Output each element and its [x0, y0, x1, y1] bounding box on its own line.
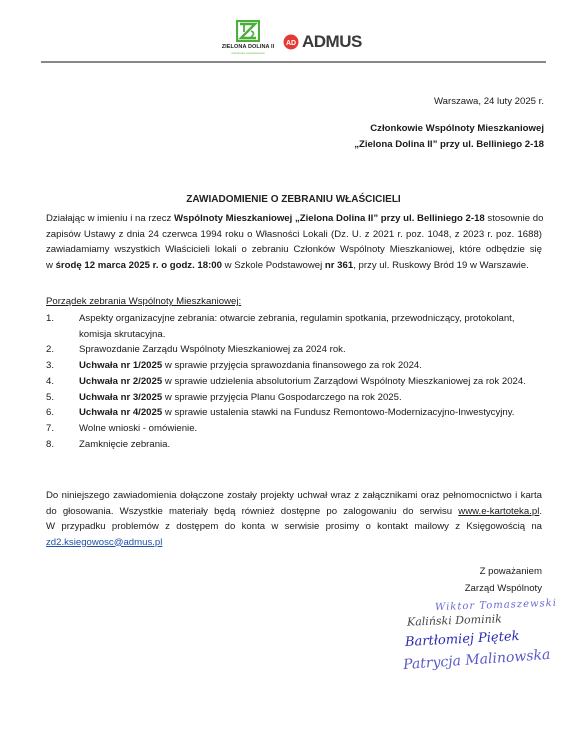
- signatures-block: Wiktor Tomaszewski Kaliński Dominik Bart…: [395, 600, 585, 700]
- zd-logo-name: ZIELONA DOLINA II: [216, 44, 280, 50]
- recipient-line-2: „Zielona Dolina II” przy ul. Belliniego …: [354, 137, 544, 153]
- agenda-item-text: w sprawie przyjęcia sprawozdania finanso…: [162, 360, 422, 371]
- agenda-item: 4.Uchwała nr 2/2025 w sprawie udzielenia…: [46, 374, 542, 390]
- attachments-line-1: Do niniejszego zawiadomienia dołączone z…: [46, 488, 542, 504]
- zd-logo-subtitle: wspólnota mieszkaniowa: [216, 51, 280, 55]
- agenda-item: 2.Sprawozdanie Zarządu Wspólnoty Mieszka…: [46, 342, 542, 358]
- document-page: ZIELONA DOLINA II wspólnota mieszkaniowa…: [0, 0, 587, 731]
- intro-line-3: zawiadamiamy wszystkich Właścicieli loka…: [46, 242, 542, 258]
- signature-4: Patrycja Malinowska: [403, 647, 551, 673]
- closing-block: Z poważaniem Zarząd Wspólnoty: [465, 563, 542, 597]
- intro-line-1: Działając w imieniu i na rzecz Wspólnoty…: [46, 211, 542, 227]
- agenda-item-text: Zamknięcie zebrania.: [79, 439, 170, 450]
- recipient-block: Członkowie Wspólnoty Mieszkaniowej „Ziel…: [354, 121, 544, 153]
- admus-logo: AD ADMUS: [283, 32, 362, 52]
- agenda-item: 8.Zamknięcie zebrania.: [46, 437, 542, 453]
- email-link[interactable]: zd2.ksiegowosc@admus.pl: [46, 537, 162, 548]
- agenda-heading: Porządek zebrania Wspólnoty Mieszkaniowe…: [46, 296, 241, 307]
- attachments-line-2: do głosowania. Wszystkie materiały będą …: [46, 504, 542, 520]
- agenda-item-number: 8.: [46, 437, 54, 453]
- agenda-item-resolution: Uchwała nr 2/2025: [79, 376, 162, 387]
- agenda-item-text: w sprawie udzielenia absolutorium Zarząd…: [162, 376, 526, 387]
- agenda-item-number: 5.: [46, 390, 54, 406]
- e-kartoteka-link[interactable]: www.e-kartoteka.pl: [458, 506, 539, 517]
- agenda-item-text: Sprawozdanie Zarządu Wspólnoty Mieszkani…: [79, 344, 346, 355]
- agenda-item-text: Aspekty organizacyjne zebrania: otwarcie…: [79, 313, 515, 340]
- agenda-list: 1.Aspekty organizacyjne zebrania: otwarc…: [46, 311, 542, 452]
- agenda-item-resolution: Uchwała nr 4/2025: [79, 407, 162, 418]
- agenda-item: 3.Uchwała nr 1/2025 w sprawie przyjęcia …: [46, 358, 542, 374]
- attachments-line-3: W przypadku problemów z dostępem do kont…: [46, 519, 542, 535]
- intro-line-2: zapisów Ustawy z dnia 24 czerwca 1994 ro…: [46, 227, 542, 243]
- agenda-item-number: 6.: [46, 405, 54, 421]
- agenda-item-resolution: Uchwała nr 1/2025: [79, 360, 162, 371]
- agenda-item-resolution: Uchwała nr 3/2025: [79, 392, 162, 403]
- svg-text:AD: AD: [286, 40, 296, 47]
- agenda-item-text: w sprawie przyjęcia Planu Gospodarczego …: [162, 392, 401, 403]
- zielona-dolina-logo: ZIELONA DOLINA II wspólnota mieszkaniowa: [216, 20, 280, 55]
- agenda-item-number: 1.: [46, 311, 54, 327]
- agenda-item: 1.Aspekty organizacyjne zebrania: otwarc…: [46, 311, 542, 342]
- date-line: Warszawa, 24 luty 2025 r.: [434, 94, 544, 110]
- signature-1: Wiktor Tomaszewski: [435, 598, 557, 613]
- closing-line-1: Z poważaniem: [465, 563, 542, 580]
- closing-line-2: Zarząd Wspólnoty: [465, 580, 542, 597]
- agenda-item-text: Wolne wnioski - omówienie.: [79, 423, 197, 434]
- agenda-item: 7.Wolne wnioski - omówienie.: [46, 421, 542, 437]
- attachments-paragraph: Do niniejszego zawiadomienia dołączone z…: [46, 488, 542, 550]
- intro-paragraph: Działając w imieniu i na rzecz Wspólnoty…: [46, 211, 542, 273]
- recipient-line-1: Członkowie Wspólnoty Mieszkaniowej: [354, 121, 544, 137]
- agenda-item: 6.Uchwała nr 4/2025 w sprawie ustalenia …: [46, 405, 542, 421]
- agenda-item-number: 7.: [46, 421, 54, 437]
- admus-logo-text: ADMUS: [302, 32, 362, 52]
- signature-2: Kaliński Dominik: [407, 612, 502, 628]
- agenda-item-number: 4.: [46, 374, 54, 390]
- zd-logo-icon: [236, 20, 260, 42]
- agenda-item-text: w sprawie ustalenia stawki na Fundusz Re…: [162, 407, 514, 418]
- agenda-item-number: 2.: [46, 342, 54, 358]
- intro-line-4: w środę 12 marca 2025 r. o godz. 18:00 w…: [46, 258, 542, 274]
- signature-3: Bartłomiej Piętek: [405, 629, 520, 650]
- agenda-item-number: 3.: [46, 358, 54, 374]
- agenda-item: 5.Uchwała nr 3/2025 w sprawie przyjęcia …: [46, 390, 542, 406]
- document-title: ZAWIADOMIENIE O ZEBRANIU WŁAŚCICIELI: [0, 194, 587, 205]
- attachments-line-4: zd2.ksiegowosc@admus.pl: [46, 535, 542, 551]
- header-divider: [41, 61, 546, 63]
- admus-badge-icon: AD: [283, 34, 299, 50]
